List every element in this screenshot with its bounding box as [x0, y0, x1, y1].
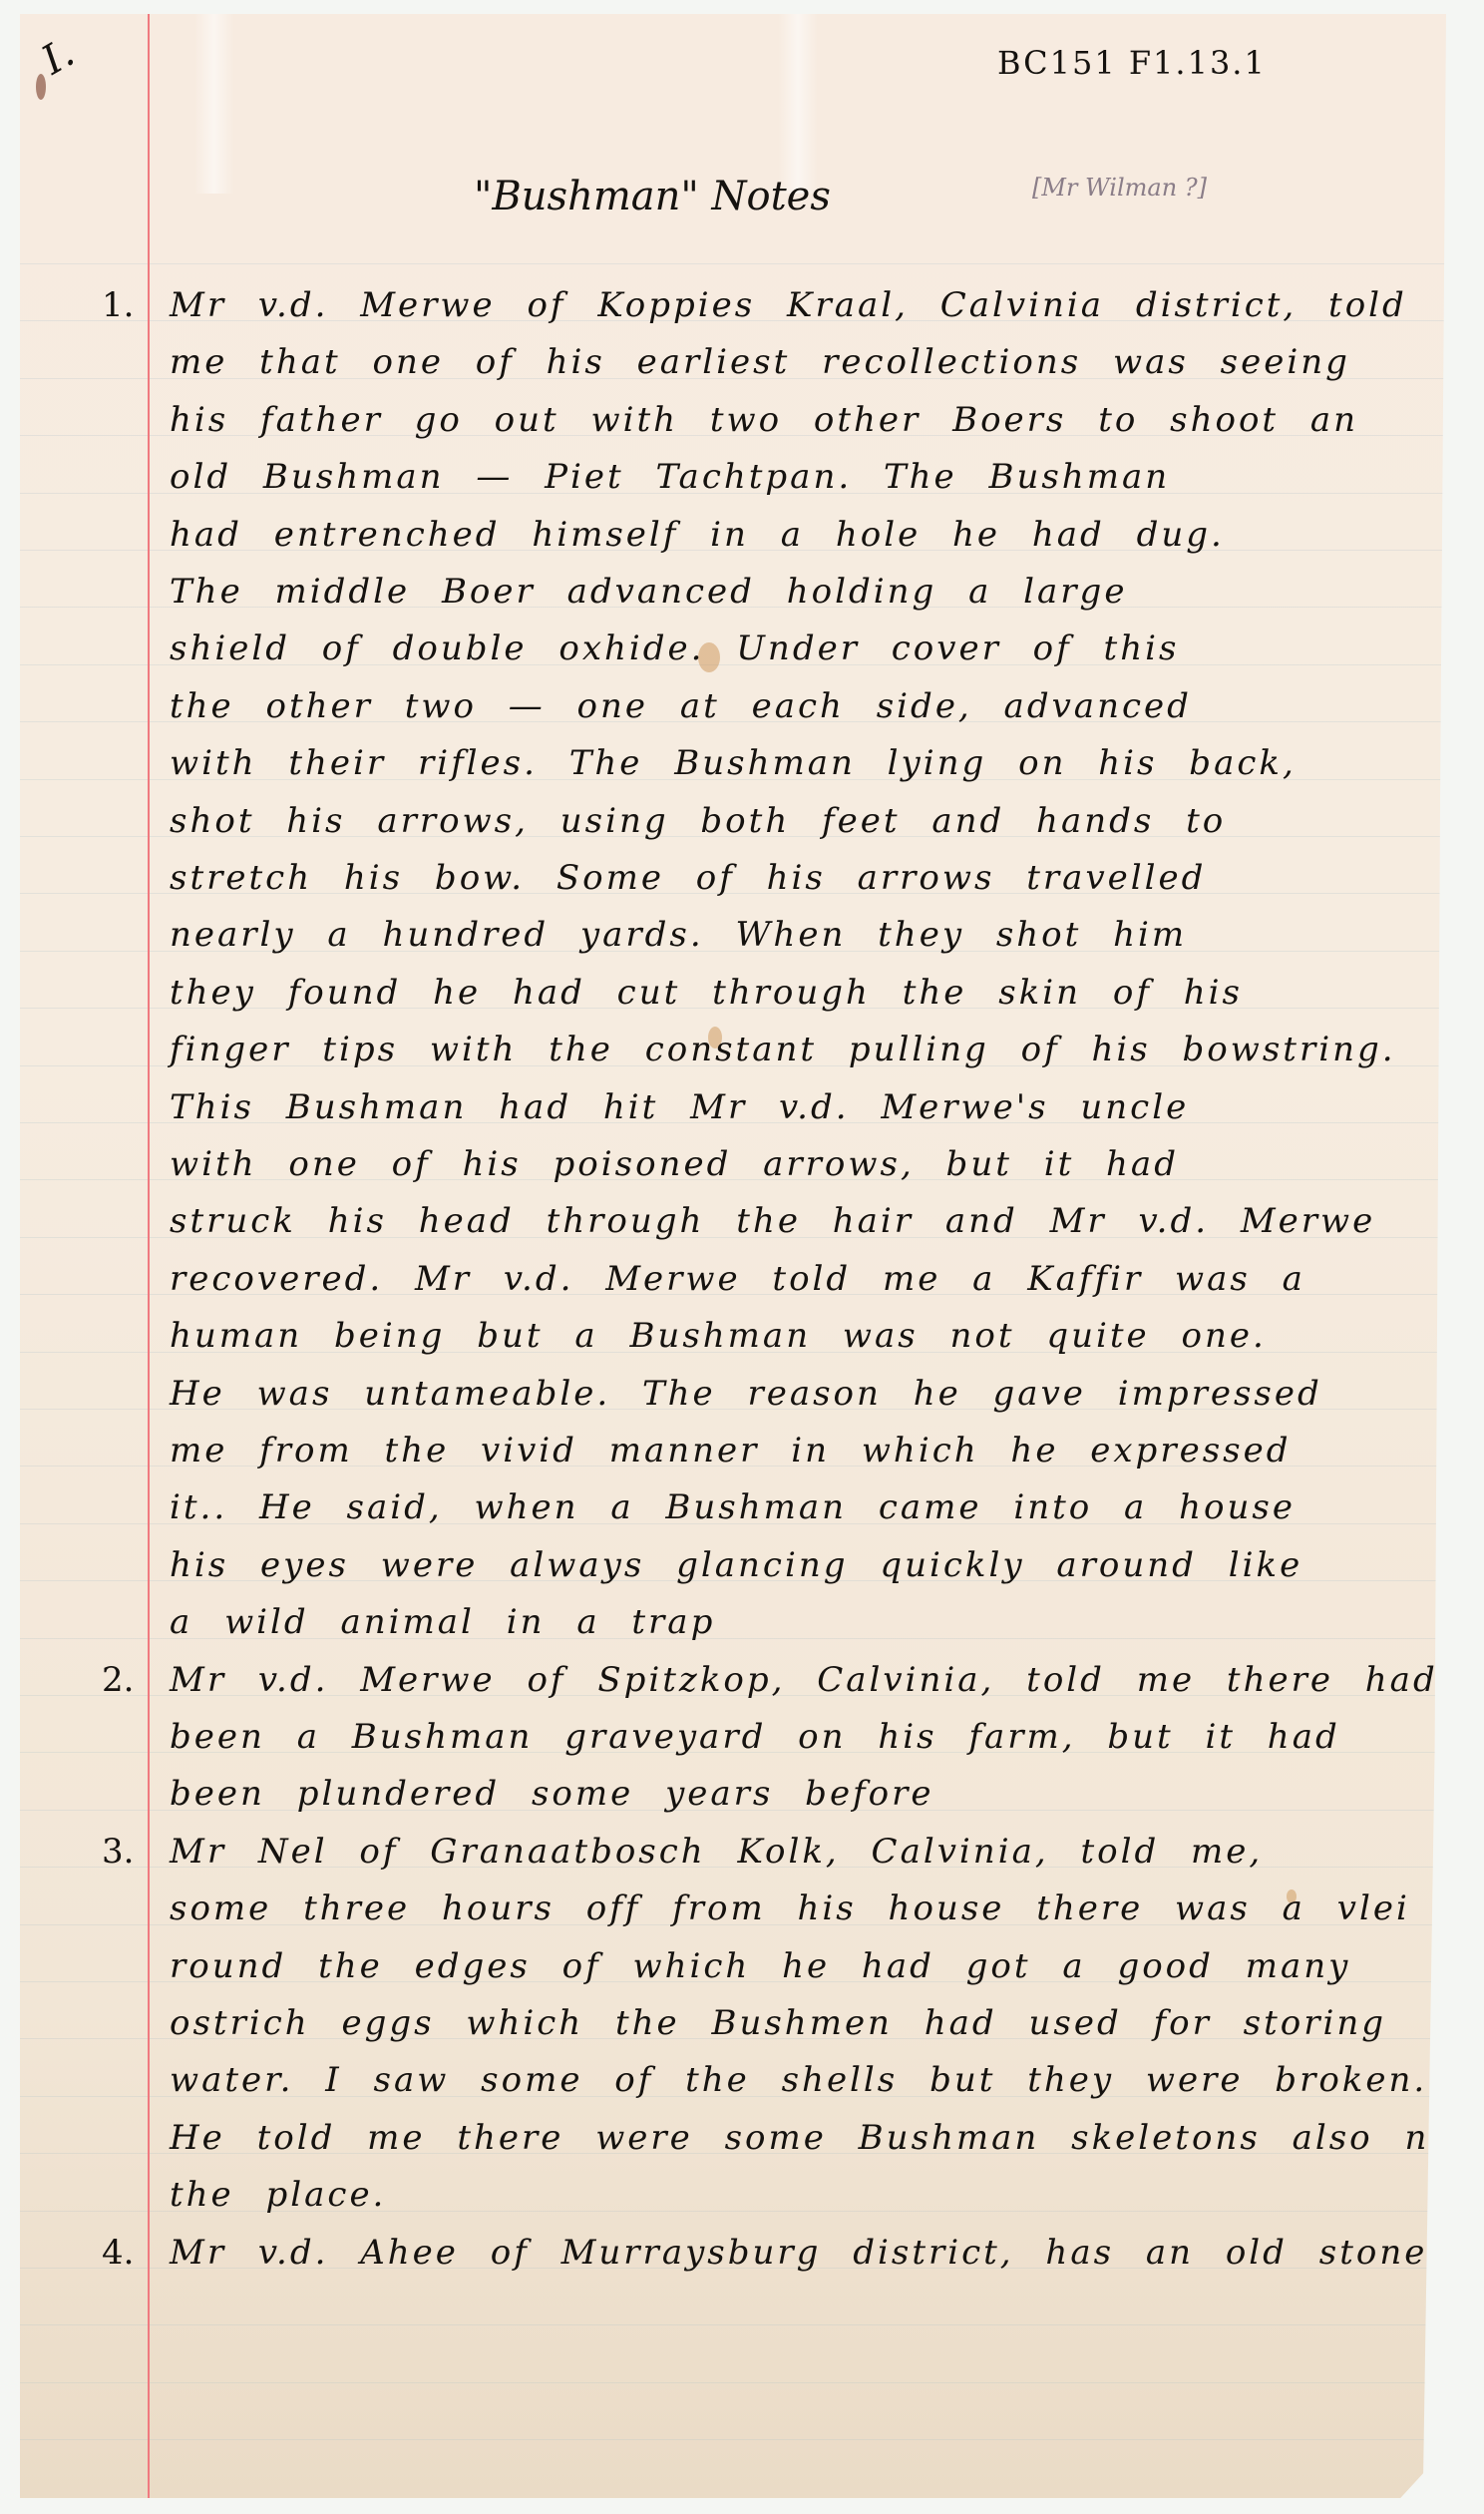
entry-number: 2. [102, 1660, 134, 1700]
handwritten-line: Mr v.d. Merwe of Spitzkop, Calvinia, tol… [170, 1660, 1426, 1700]
handwritten-line: struck his head through the hair and Mr … [170, 1201, 1426, 1241]
handwritten-line: shot his arrows, using both feet and han… [170, 801, 1426, 841]
ruled-line [20, 263, 1446, 264]
handwritten-line: with their rifles. The Bushman lying on … [170, 743, 1426, 783]
handwritten-line: round the edges of which he had got a go… [170, 1946, 1426, 1986]
edge-stain [36, 74, 46, 100]
entry-number: 3. [102, 1832, 134, 1872]
handwritten-line: finger tips with the constant pulling of… [170, 1030, 1426, 1069]
handwritten-line: shield of double oxhide. Under cover of … [170, 628, 1426, 668]
handwritten-line: This Bushman had hit Mr v.d. Merwe's unc… [170, 1087, 1426, 1127]
handwritten-line: it.. He said, when a Bushman came into a… [170, 1487, 1426, 1527]
handwritten-line: Mr v.d. Merwe of Koppies Kraal, Calvinia… [170, 285, 1426, 325]
paper-fold [778, 14, 818, 194]
handwritten-line: they found he had cut through the skin o… [170, 973, 1426, 1013]
handwritten-line: human being but a Bushman was not quite … [170, 1316, 1426, 1356]
handwritten-line: his father go out with two other Boers t… [170, 400, 1426, 440]
handwritten-line: been plundered some years before [170, 1774, 1426, 1814]
handwritten-line: water. I saw some of the shells but they… [170, 2060, 1426, 2100]
margin-rule [148, 14, 150, 2498]
entry-number: 1. [102, 285, 134, 325]
handwritten-line: old Bushman — Piet Tachtpan. The Bushman [170, 457, 1426, 497]
handwritten-line: Mr Nel of Granaatbosch Kolk, Calvinia, t… [170, 1832, 1426, 1872]
handwritten-line: recovered. Mr v.d. Merwe told me a Kaffi… [170, 1259, 1426, 1299]
handwritten-line: some three hours off from his house ther… [170, 1888, 1426, 1928]
handwritten-line: with one of his poisoned arrows, but it … [170, 1144, 1426, 1184]
paper-fold [194, 14, 234, 194]
handwritten-line: stretch his bow. Some of his arrows trav… [170, 858, 1426, 898]
handwritten-line: me that one of his earliest recollection… [170, 342, 1426, 382]
handwritten-line: had entrenched himself in a hole he had … [170, 515, 1426, 555]
handwritten-line: a wild animal in a trap [170, 1602, 1426, 1642]
page-title: "Bushman" Notes [474, 174, 831, 219]
ruled-line [20, 2324, 1446, 2325]
handwritten-line: me from the vivid manner in which he exp… [170, 1431, 1426, 1470]
archive-reference: BC151 F1.13.1 [997, 44, 1267, 82]
handwritten-line: He told me there were some Bushman skele… [170, 2118, 1426, 2158]
ruled-line [20, 2382, 1446, 2383]
handwritten-line: He was untameable. The reason he gave im… [170, 1374, 1426, 1414]
pencil-attribution: [Mr Wilman ?] [1032, 174, 1207, 202]
handwritten-line: his eyes were always glancing quickly ar… [170, 1545, 1426, 1585]
handwritten-line: the place. [170, 2175, 1426, 2215]
handwritten-line: been a Bushman graveyard on his farm, bu… [170, 1717, 1426, 1757]
handwritten-line: Mr v.d. Ahee of Murraysburg district, ha… [170, 2233, 1426, 2273]
entry-number: 4. [102, 2233, 134, 2273]
handwritten-line: ostrich eggs which the Bushmen had used … [170, 2003, 1426, 2043]
manuscript-page: I. BC151 F1.13.1 "Bushman" Notes [Mr Wil… [20, 14, 1446, 2498]
handwritten-line: the other two — one at each side, advanc… [170, 686, 1426, 726]
handwritten-line: nearly a hundred yards. When they shot h… [170, 915, 1426, 955]
handwritten-line: The middle Boer advanced holding a large [170, 572, 1426, 612]
ruled-line [20, 2439, 1446, 2440]
